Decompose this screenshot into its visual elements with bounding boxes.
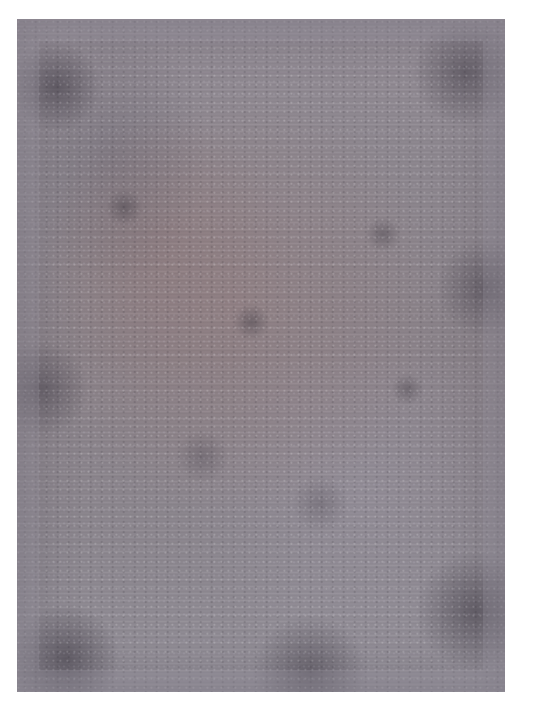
rug-border	[17, 19, 505, 692]
rug-photo	[17, 19, 505, 692]
